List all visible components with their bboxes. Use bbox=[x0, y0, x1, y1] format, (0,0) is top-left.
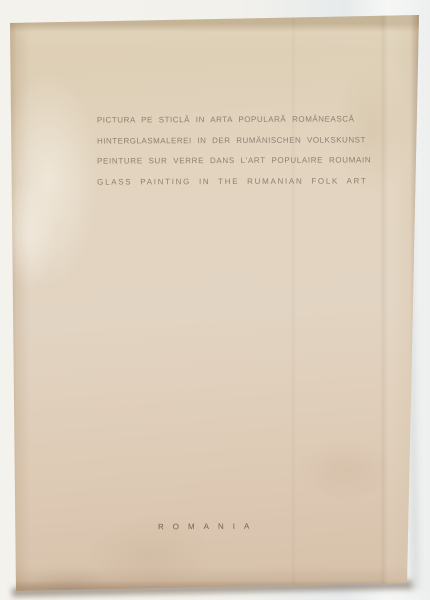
cover-title-line-french: PEINTURE SUR VERRE DANS L'ART POPULAIRE … bbox=[97, 150, 371, 172]
cover-title-line-english: GLASS PAINTING IN THE RUMANIAN FOLK ART bbox=[97, 171, 371, 193]
book-cover: PICTURA PE STICLĂ IN ARTA POPULARĂ ROMÂN… bbox=[0, 0, 430, 600]
cover-title-line-german: HINTERGLASMALEREI IN DER RUMÄNISCHEN VOL… bbox=[97, 130, 371, 152]
imprint-romania: ROMANIA bbox=[158, 522, 258, 532]
cover-title-block: PICTURA PE STICLĂ IN ARTA POPULARĂ ROMÂN… bbox=[97, 109, 372, 192]
photo-of-book-cover: PICTURA PE STICLĂ IN ARTA POPULARĂ ROMÂN… bbox=[0, 0, 430, 600]
cover-title-line-romanian: PICTURA PE STICLĂ IN ARTA POPULARĂ ROMÂN… bbox=[97, 109, 371, 131]
